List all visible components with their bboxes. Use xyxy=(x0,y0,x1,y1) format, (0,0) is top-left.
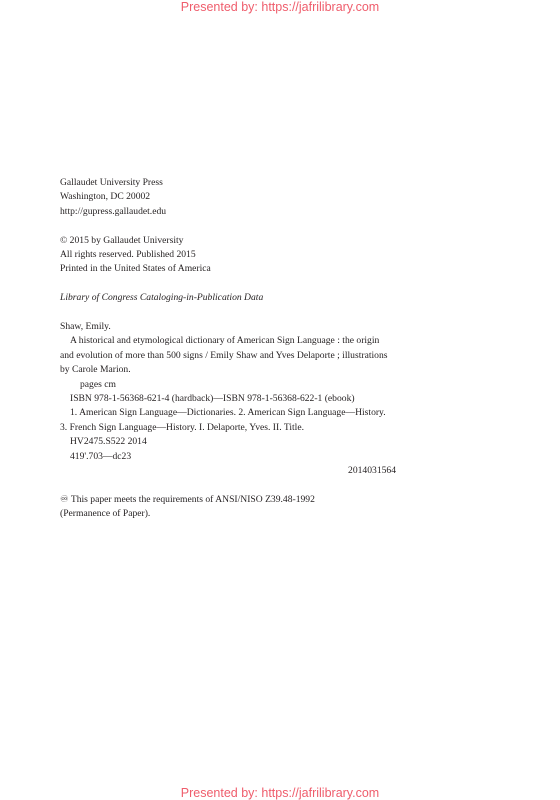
cip-title-line-1: A historical and etymological dictionary… xyxy=(60,334,396,348)
cip-dewey: 419'.703—dc23 xyxy=(60,450,396,464)
publisher-url: http://gupress.gallaudet.edu xyxy=(60,205,396,219)
publisher-address: Washington, DC 20002 xyxy=(60,190,396,204)
cip-title-line-2: and evolution of more than 500 signs / E… xyxy=(60,349,396,363)
cip-isbn: ISBN 978-1-56368-621-4 (hardback)—ISBN 9… xyxy=(60,392,396,406)
cip-heading: Library of Congress Cataloging-in-Public… xyxy=(60,291,396,305)
copyright-page: Gallaudet University Press Washington, D… xyxy=(60,176,396,522)
copyright-line: © 2015 by Gallaudet University xyxy=(60,234,396,248)
cip-pages: pages cm xyxy=(60,378,396,392)
publisher-name: Gallaudet University Press xyxy=(60,176,396,190)
cip-author: Shaw, Emily. xyxy=(60,320,396,334)
cip-subjects-line-1: 1. American Sign Language—Dictionaries. … xyxy=(60,406,396,420)
paper-notice-text: This paper meets the requirements of ANS… xyxy=(71,494,315,505)
cip-title-line-3: by Carole Marion. xyxy=(60,363,396,377)
cip-lccn: 2014031564 xyxy=(60,464,396,478)
cip-subjects-line-2: 3. French Sign Language—History. I. Dela… xyxy=(60,421,396,435)
paper-notice-line-1: ♾ This paper meets the requirements of A… xyxy=(60,493,396,507)
printed-line: Printed in the United States of America xyxy=(60,262,396,276)
cip-lc-class: HV2475.S522 2014 xyxy=(60,435,396,449)
rights-line: All rights reserved. Published 2015 xyxy=(60,248,396,262)
infinity-paper-icon: ♾ xyxy=(60,494,69,505)
paper-notice-line-2: (Permanence of Paper). xyxy=(60,507,396,521)
watermark-bottom: Presented by: https://jafrilibrary.com xyxy=(0,786,560,800)
watermark-top: Presented by: https://jafrilibrary.com xyxy=(0,0,560,14)
